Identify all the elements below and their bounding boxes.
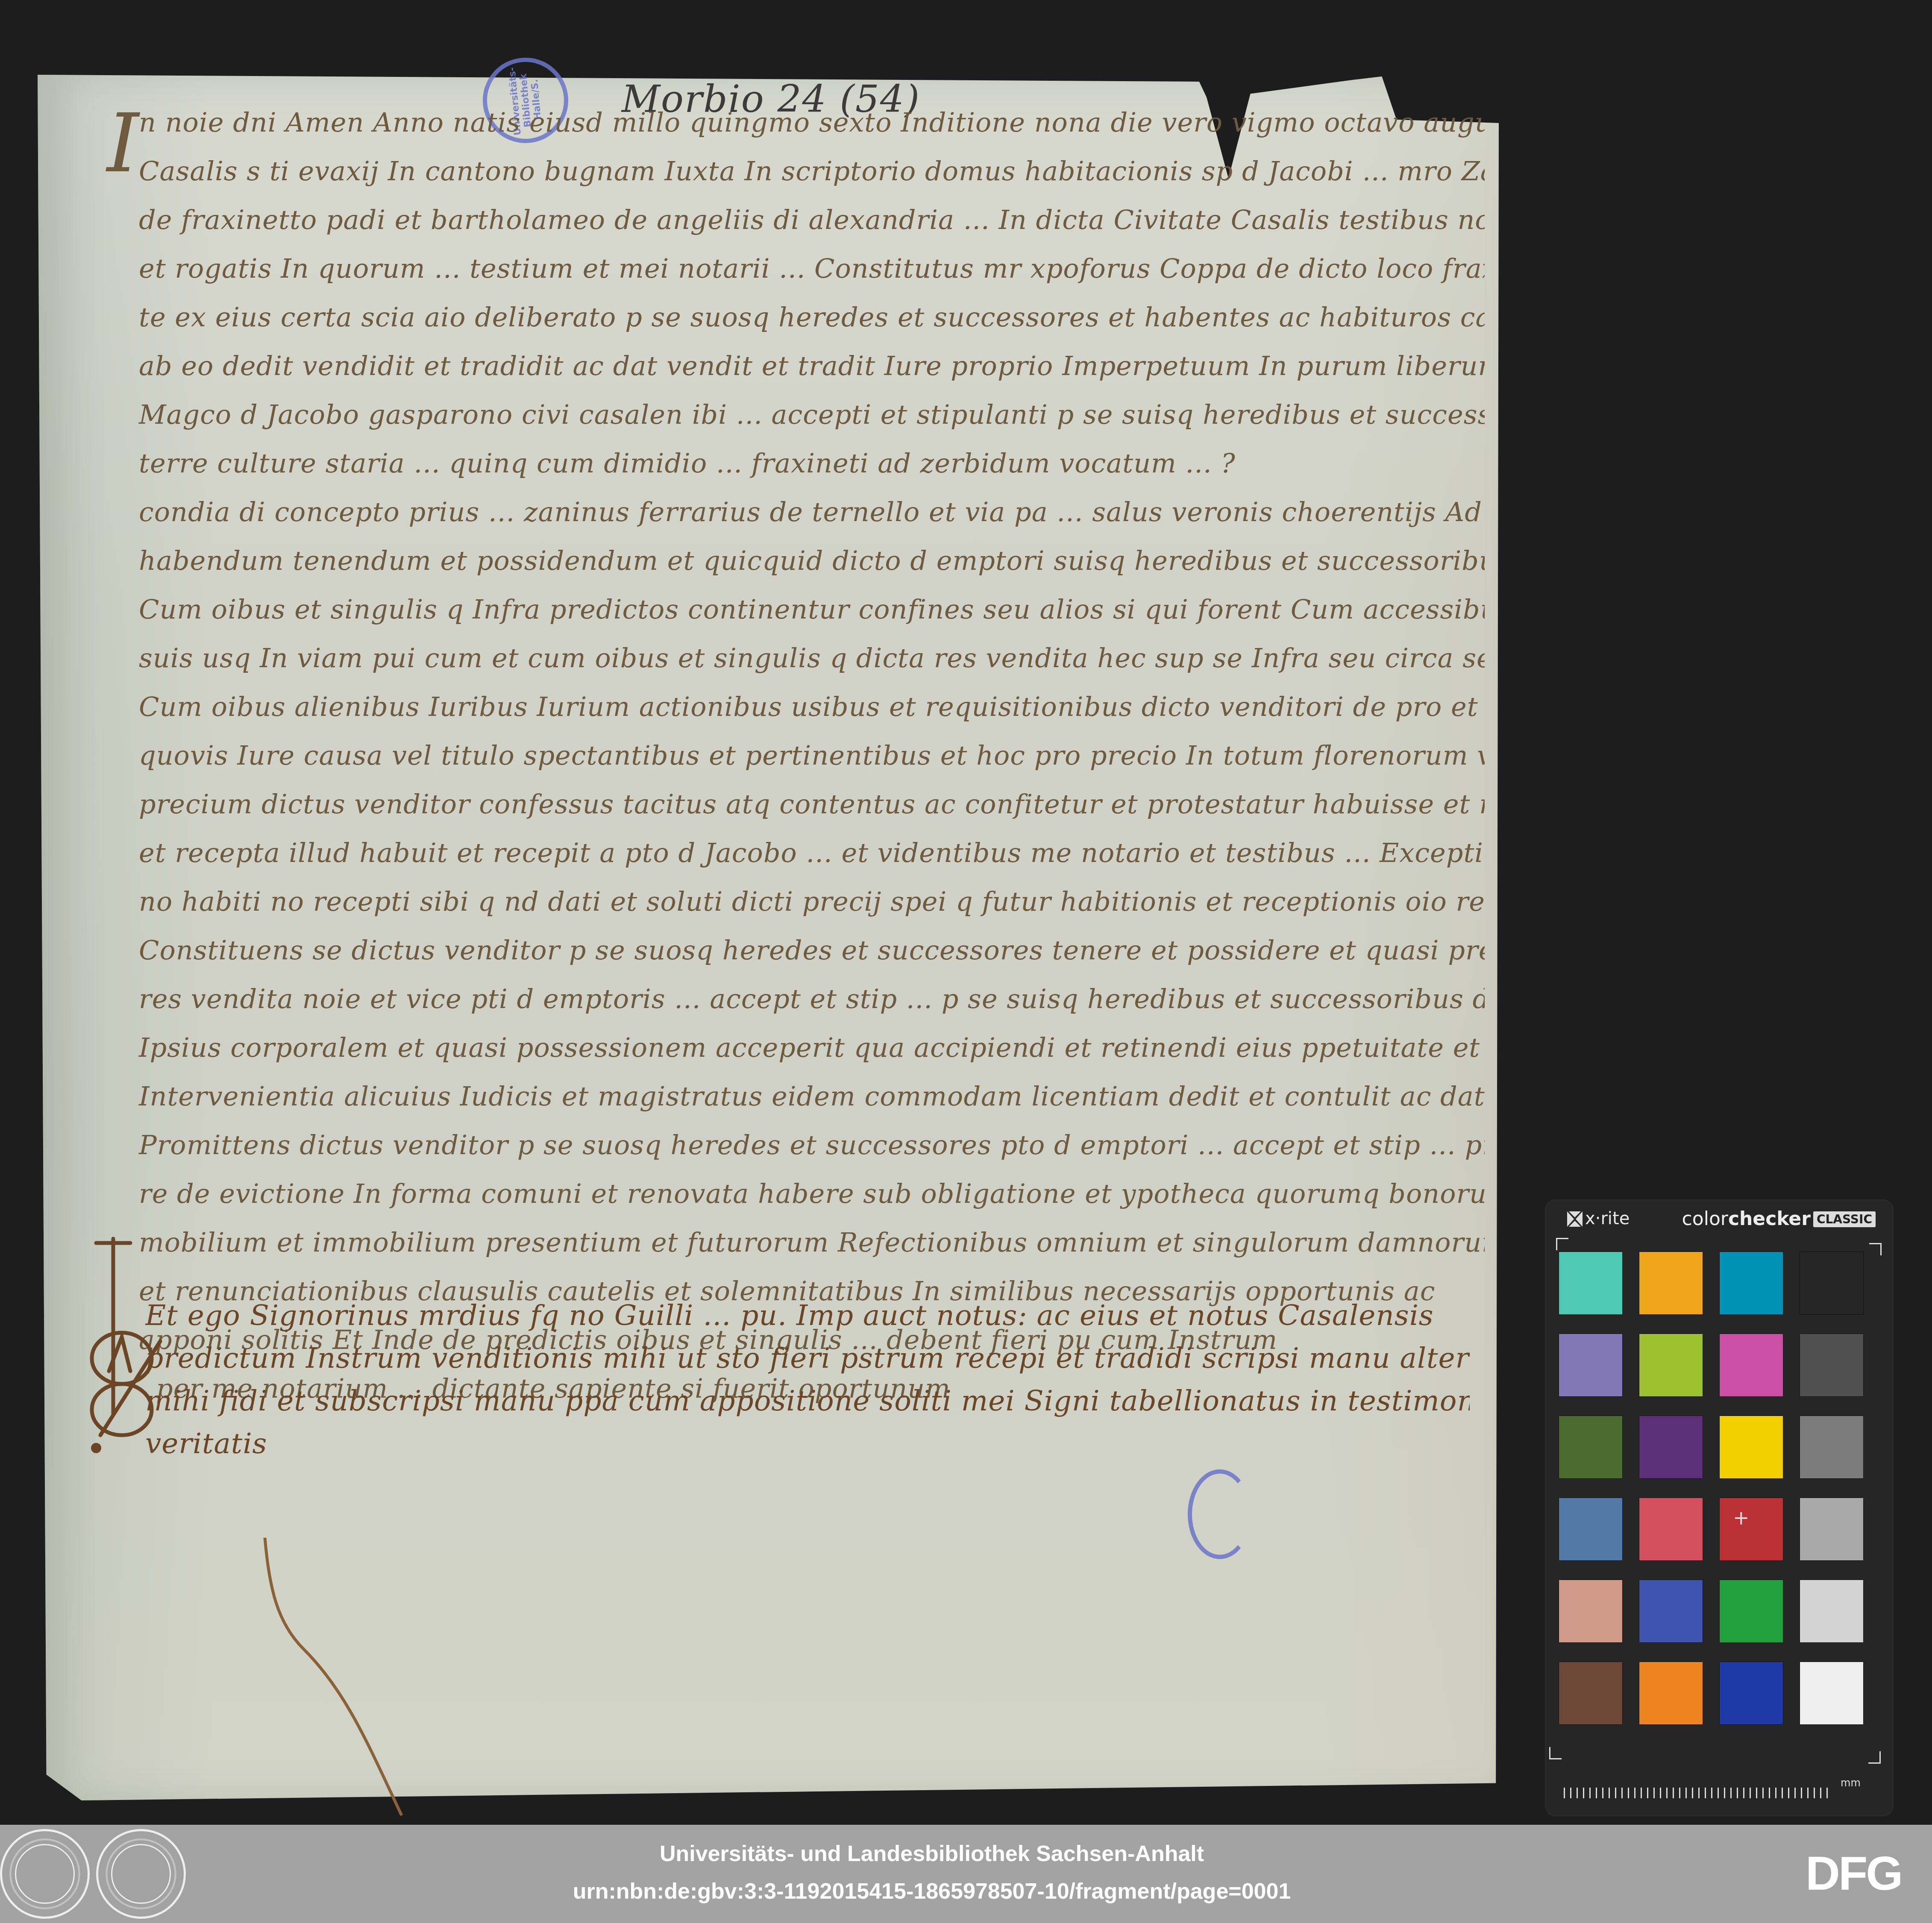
- text-line: Promittens dictus venditor p se suosq he…: [109, 1121, 1485, 1170]
- text-line: Casalis s ti evaxij In cantono bugnam Iu…: [109, 147, 1485, 196]
- text-line: Magco d Jacobo gasparono civi casalen ib…: [109, 390, 1485, 439]
- classic-badge: CLASSIC: [1813, 1211, 1876, 1227]
- registration-mark: [1556, 1238, 1568, 1250]
- text-line: Cum oibus alienibus Iuribus Iurium actio…: [109, 683, 1485, 731]
- text-line: et recepta illud habuit et recepit a pto…: [109, 829, 1485, 877]
- text-line: condia di concepto prius ... zaninus fer…: [109, 488, 1485, 536]
- pen-flourish-icon: [239, 1538, 624, 1837]
- mm-ruler: [1564, 1781, 1829, 1798]
- text-line: et rogatis In quorum ... testium et mei …: [109, 244, 1485, 293]
- registration-mark: [1549, 1747, 1562, 1759]
- color-patch: [1719, 1662, 1783, 1725]
- text-line: no habiti no recepti sibi q nd dati et s…: [109, 877, 1485, 926]
- color-patch: [1719, 1416, 1783, 1479]
- color-patch: [1719, 1580, 1783, 1643]
- color-patch: [1800, 1662, 1864, 1725]
- urn-identifier: urn:nbn:de:gbv:3:3-1192015415-1865978507…: [0, 1879, 1932, 1904]
- registration-mark: [1869, 1243, 1882, 1255]
- library-stamp-bottom: [1188, 1469, 1252, 1559]
- color-patch: [1559, 1334, 1623, 1397]
- color-patch: [1719, 1498, 1783, 1561]
- text-line: te ex eius certa scia aio deliberato p s…: [109, 293, 1485, 342]
- colorchecker-title: colorcheckerCLASSIC: [1682, 1208, 1876, 1230]
- color-patch: [1800, 1498, 1864, 1561]
- text-line: mihi fidi et subscripsi manu ppa cum app…: [145, 1380, 1470, 1422]
- text-line: predictum Instrum venditionis mihi ut st…: [145, 1337, 1470, 1380]
- dfg-logo: DFG: [1806, 1850, 1901, 1897]
- notary-subscription: Et ego Signorinus mrdius fq no Guilli ..…: [145, 1294, 1470, 1465]
- title-light: color: [1682, 1208, 1728, 1230]
- decorated-initial: I: [107, 96, 139, 191]
- text-line: Intervenientia alicuius Iudicis et magis…: [109, 1072, 1485, 1121]
- color-patch: [1559, 1252, 1623, 1315]
- crosshair-icon: +: [1733, 1508, 1750, 1527]
- color-checker-card: x·rite colorcheckerCLASSIC + mm: [1546, 1200, 1893, 1815]
- color-patch: [1719, 1334, 1783, 1397]
- color-patch: [1719, 1252, 1783, 1315]
- text-line: precium dictus venditor confessus tacitu…: [109, 780, 1485, 829]
- color-patch: [1800, 1334, 1864, 1397]
- text-line: Cum oibus et singulis q Infra predictos …: [109, 585, 1485, 634]
- xrite-brand: x·rite: [1567, 1209, 1630, 1228]
- text-line: Constituens se dictus venditor p se suos…: [109, 926, 1485, 975]
- color-patch: [1800, 1252, 1864, 1315]
- text-line: suis usq In viam pui cum et cum oibus et…: [109, 634, 1485, 683]
- color-patch: [1639, 1334, 1703, 1397]
- institution-name: Universitäts- und Landesbibliothek Sachs…: [0, 1841, 1932, 1867]
- color-patch: [1639, 1252, 1703, 1315]
- color-patch: [1800, 1416, 1864, 1479]
- color-patch: [1559, 1580, 1623, 1643]
- color-patch: [1639, 1416, 1703, 1479]
- footer-bar: [0, 1825, 1932, 1923]
- color-patch: [1639, 1498, 1703, 1561]
- color-patch-grid: [1559, 1252, 1864, 1725]
- color-patch: [1559, 1498, 1623, 1561]
- color-patch: [1559, 1662, 1623, 1725]
- manuscript-text: n noie dni Amen Anno natis eiusd millo q…: [109, 98, 1485, 1413]
- color-patch: [1639, 1580, 1703, 1643]
- text-line: res vendita noie et vice pti d emptoris …: [109, 975, 1485, 1023]
- xrite-logo-icon: [1567, 1211, 1583, 1227]
- color-patch: [1800, 1580, 1864, 1643]
- text-line: terre culture staria ... quinq cum dimid…: [109, 439, 1485, 488]
- text-line: veritatis: [145, 1422, 1470, 1465]
- ruler-unit: mm: [1841, 1777, 1861, 1789]
- brand-text: x·rite: [1585, 1209, 1630, 1228]
- text-line: mobilium et immobilium presentium et fut…: [109, 1218, 1485, 1267]
- text-line: n noie dni Amen Anno natis eiusd millo q…: [109, 98, 1485, 147]
- text-line: re de evictione In forma comuni et renov…: [109, 1170, 1485, 1218]
- text-line: Ipsius corporalem et quasi possessionem …: [109, 1023, 1485, 1072]
- text-line: ab eo dedit vendidit et tradidit ac dat …: [109, 342, 1485, 390]
- color-patch: [1559, 1416, 1623, 1479]
- title-bold: checker: [1728, 1208, 1811, 1230]
- color-patch: [1639, 1662, 1703, 1725]
- registration-mark: [1868, 1751, 1881, 1764]
- text-line: Et ego Signorinus mrdius fq no Guilli ..…: [145, 1294, 1470, 1337]
- text-line: habendum tenendum et possidendum et quic…: [109, 536, 1485, 585]
- text-line: quovis Iure causa vel titulo spectantibu…: [109, 731, 1485, 780]
- text-line: de fraxinetto padi et bartholameo de ang…: [109, 196, 1485, 244]
